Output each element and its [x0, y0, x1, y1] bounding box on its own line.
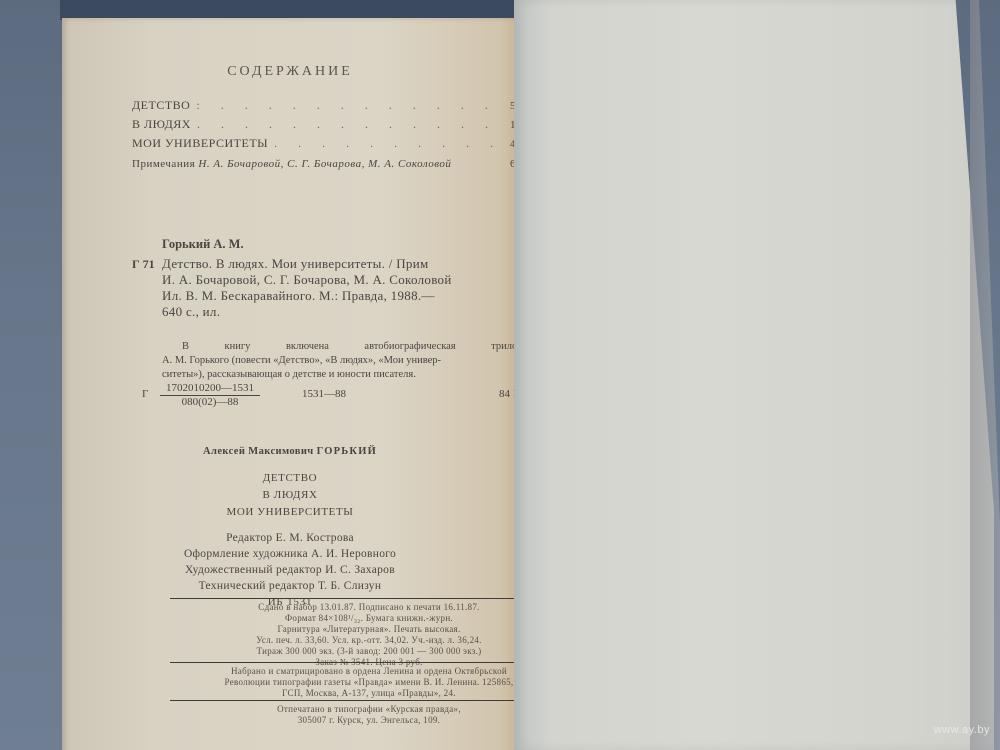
- typesetting-details: Набрано и сматрицировано в ордена Ленина…: [170, 666, 568, 699]
- imprint-titles: ДЕТСТВО В ЛЮДЯХ МОИ УНИВЕРСИТЕТЫ: [62, 470, 518, 521]
- contents-heading: СОДЕРЖАНИЕ: [62, 64, 518, 80]
- divider: [170, 700, 568, 701]
- toc-entry: ДЕТСТВО : . . . . . . . . . . . . . . . …: [132, 98, 522, 117]
- watermark: www.ay.by: [934, 724, 990, 736]
- production-details: Сдано в набор 13.01.87. Подписано к печа…: [170, 602, 568, 668]
- card-author: Горький А. М.: [162, 236, 244, 252]
- toc-notes-prefix: Примечания: [132, 158, 195, 170]
- toc-notes-authors: Н. А. Бочаровой, С. Г. Бочарова, М. А. С…: [198, 158, 451, 170]
- page-edge-shadow: [970, 0, 1000, 750]
- bib-numerator: 1702010200—1531: [160, 382, 260, 396]
- toc-leader: : . . . . . . . . . . . . . . . . . . . …: [196, 98, 504, 113]
- toc-leader: . . . . . . . . . . . . . . . . .: [274, 136, 504, 151]
- table-surface: [60, 0, 520, 20]
- table-of-contents: ДЕТСТВО : . . . . . . . . . . . . . . . …: [132, 98, 522, 177]
- left-page: СОДЕРЖАНИЕ ДЕТСТВО : . . . . . . . . . .…: [62, 18, 518, 750]
- toc-leader: . . . . . . . . . . . . . . . . . . . . …: [197, 117, 504, 132]
- printing-details: Отпечатано в типографии «Курская правда»…: [170, 704, 568, 726]
- toc-entry-label: В ЛЮДЯХ: [132, 117, 191, 132]
- card-classification-code: Г 71: [132, 256, 155, 272]
- bib-fraction: 1702010200—1531 080(02)—88: [160, 382, 260, 408]
- divider: [170, 598, 568, 599]
- card-annotation: В книгу включена автобиографическая трил…: [162, 340, 532, 382]
- card-description: Детство. В людях. Мои университеты. / Пр…: [162, 256, 532, 320]
- divider: [170, 662, 568, 663]
- imprint-author: Алексей Максимович ГОРЬКИЙ: [62, 446, 518, 457]
- imprint-staff: Редактор Е. М. Кострова Оформление худож…: [62, 530, 518, 594]
- bib-letter: Г: [142, 388, 148, 400]
- bib-denominator: 080(02)—88: [160, 396, 260, 408]
- bib-number: 1531—88: [302, 388, 346, 400]
- toc-entry-label: ДЕТСТВО: [132, 98, 190, 113]
- toc-notes-entry: Примечания Н. А. Бочаровой, С. Г. Бочаро…: [132, 158, 522, 177]
- toc-entry: В ЛЮДЯХ . . . . . . . . . . . . . . . . …: [132, 117, 522, 136]
- right-page: [514, 0, 994, 750]
- toc-entry: МОИ УНИВЕРСИТЕТЫ . . . . . . . . . . . .…: [132, 136, 522, 155]
- toc-entry-label: МОИ УНИВЕРСИТЕТЫ: [132, 136, 268, 151]
